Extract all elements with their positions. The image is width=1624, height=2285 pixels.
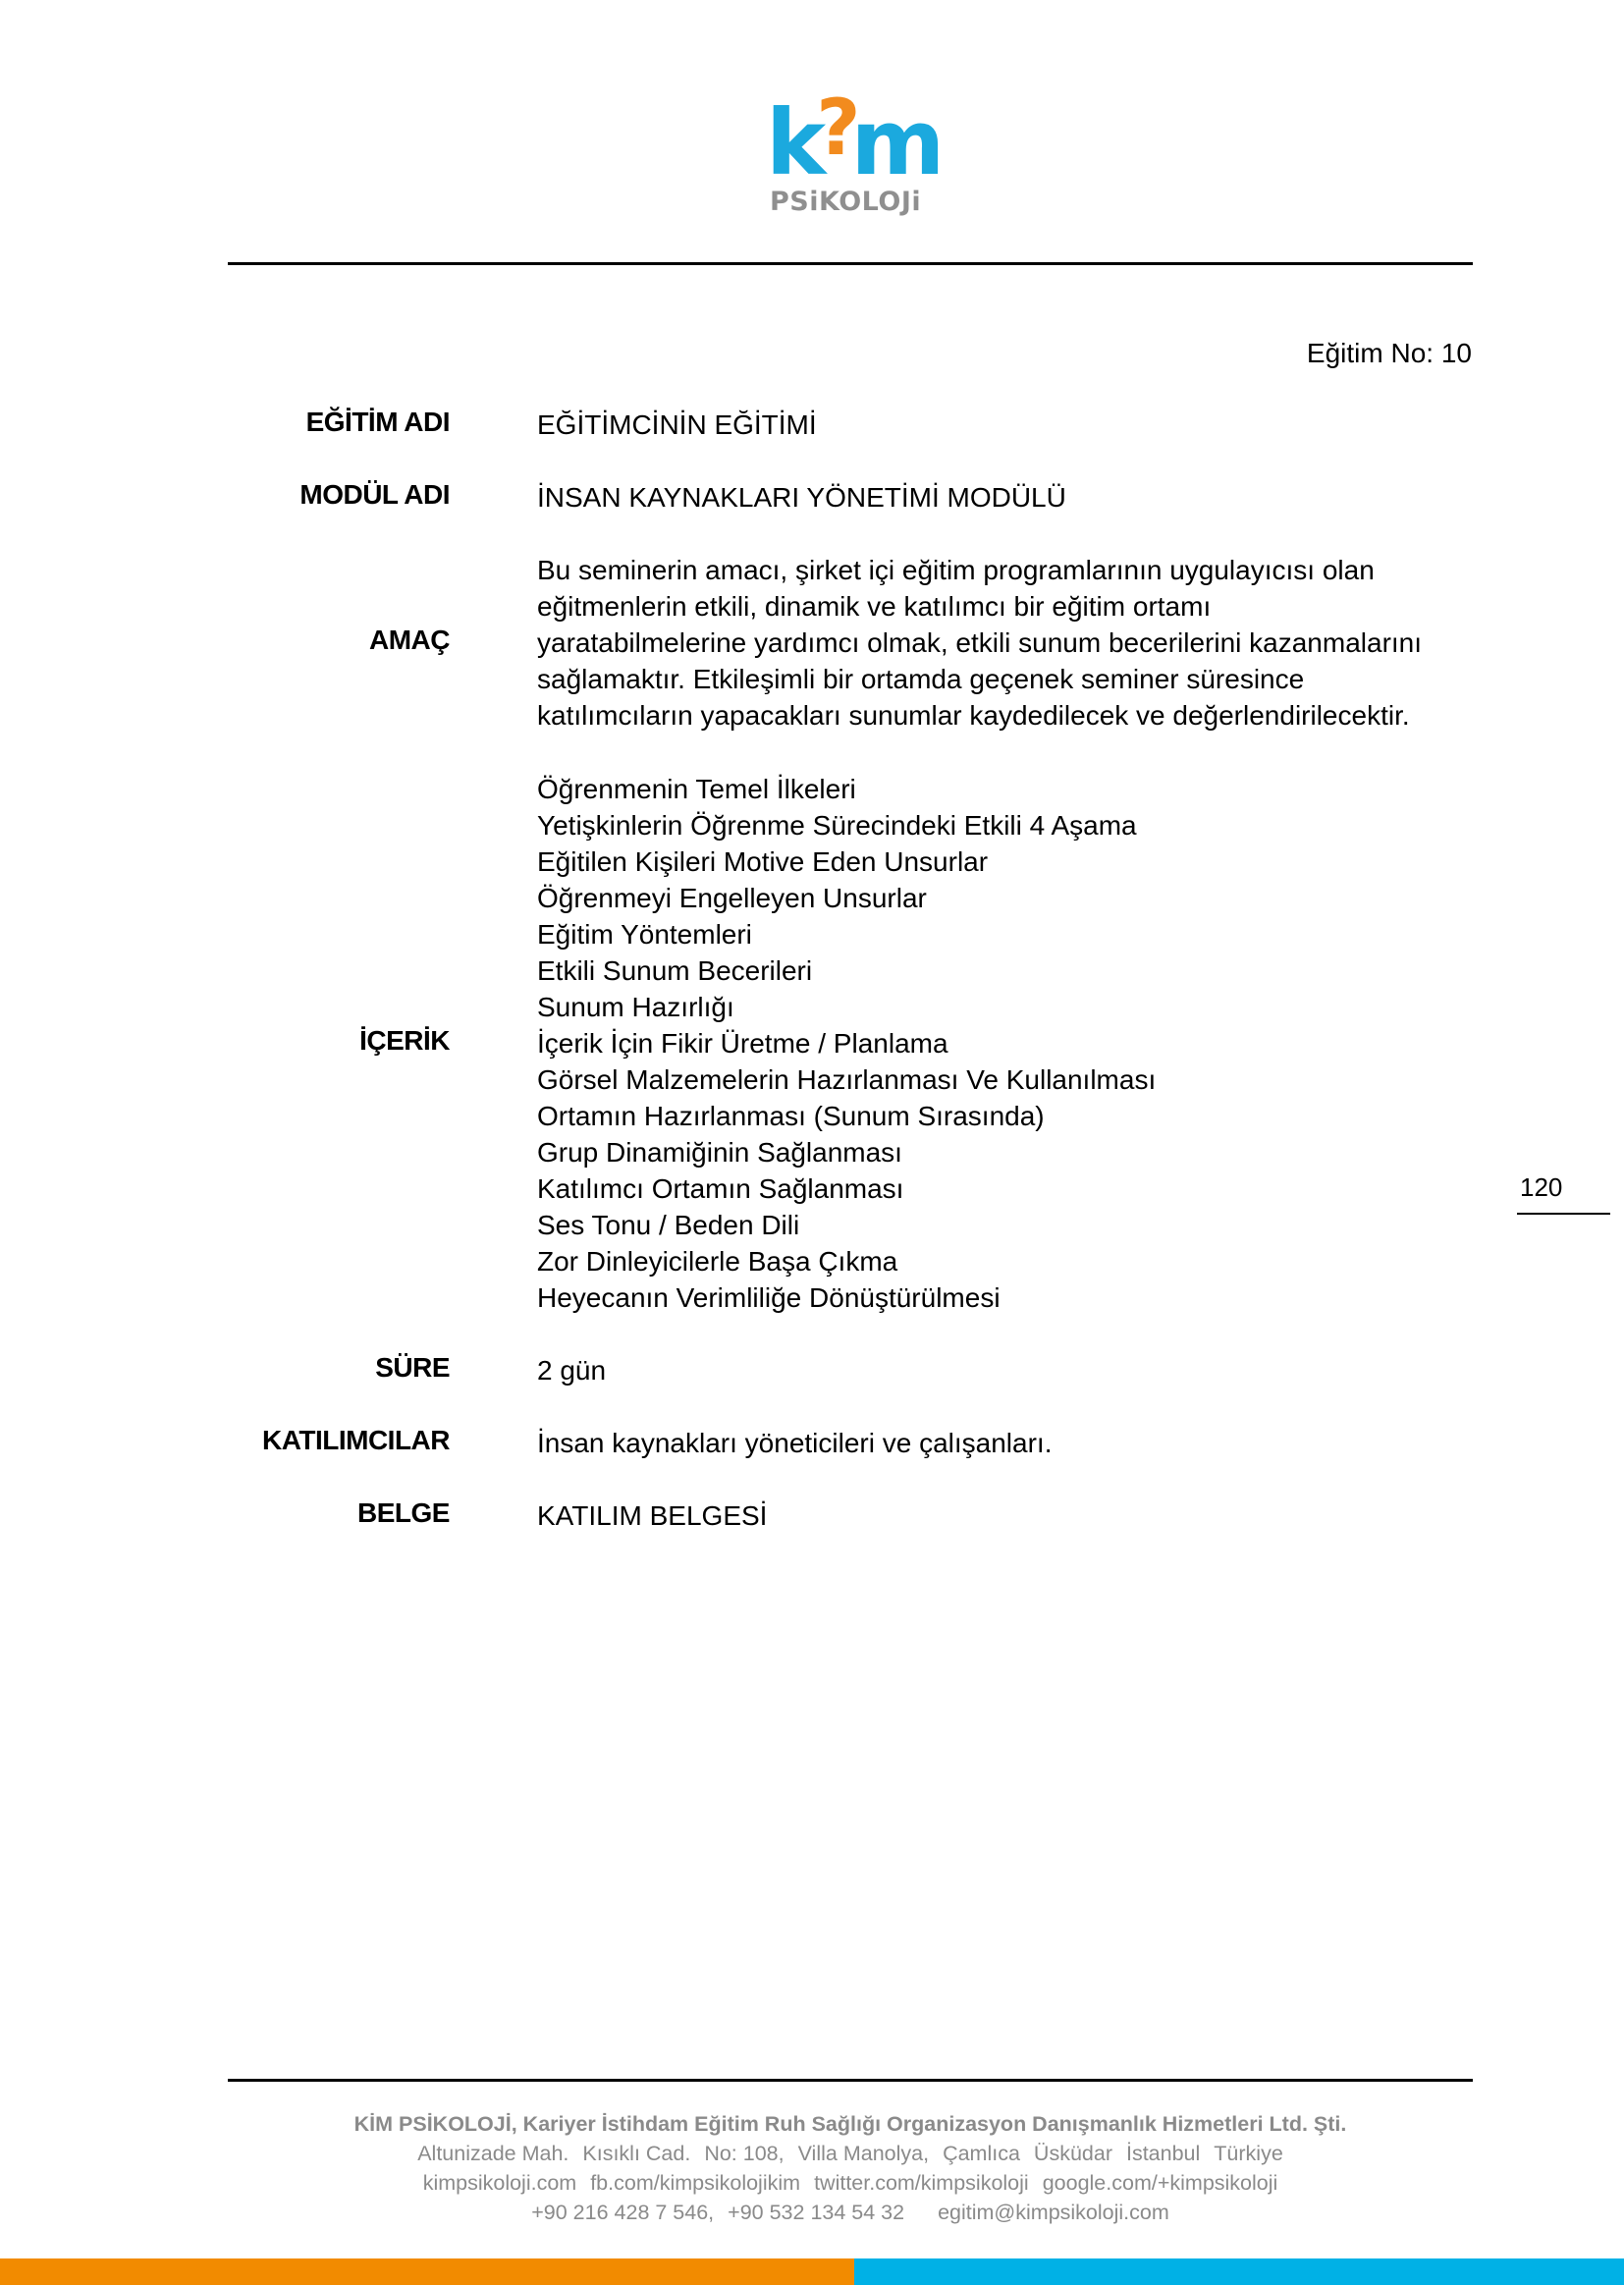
field-label: AMAÇ — [369, 625, 450, 656]
content-item: Heyecanın Verimliliğe Dönüştürülmesi — [537, 1279, 1440, 1316]
field-label: İÇERİK — [359, 1025, 450, 1057]
content-item: Öğrenmeyi Engelleyen Unsurlar — [537, 880, 1440, 916]
content-item: Zor Dinleyicilerle Başa Çıkma — [537, 1243, 1440, 1279]
content-item: Ses Tonu / Beden Dili — [537, 1207, 1440, 1243]
footer-link[interactable]: kimpsikoloji.com — [423, 2171, 577, 2195]
footer-company: KİM PSİKOLOJİ, Kariyer İstihdam Eğitim R… — [228, 2109, 1473, 2139]
field-label: KATILIMCILAR — [262, 1425, 450, 1456]
purpose-line: sağlamaktır. Etkileşimli bir ortamda geç… — [537, 661, 1440, 697]
field-value: KATILIM BELGESİ — [537, 1497, 1440, 1534]
field-label: MODÜL ADI — [299, 479, 450, 511]
header-divider — [228, 262, 1473, 265]
footer-link[interactable]: google.com/+kimpsikoloji — [1043, 2171, 1278, 2195]
footer-link[interactable]: twitter.com/kimpsikoloji — [814, 2171, 1029, 2195]
field-label: SÜRE — [375, 1352, 450, 1384]
content-item: İçerik İçin Fikir Üretme / Planlama — [537, 1025, 1440, 1061]
purpose-text: Bu seminerin amacı, şirket içi eğitim pr… — [537, 552, 1440, 734]
company-logo: k?m PSiKOLOJi — [766, 88, 943, 226]
footer-email-link[interactable]: egitim@kimpsikoloji.com — [938, 2201, 1169, 2224]
question-mark-icon: ? — [816, 84, 856, 173]
purpose-line: katılımcıların yapacakları sunumlar kayd… — [537, 697, 1440, 734]
address-part: İstanbul — [1126, 2142, 1200, 2165]
purpose-line: Bu seminerin amacı, şirket içi eğitim pr… — [537, 552, 1440, 588]
address-part: Kısıklı Cad. — [582, 2142, 690, 2165]
field-label: BELGE — [357, 1497, 450, 1529]
training-number: Eğitim No: 10 — [1307, 338, 1472, 369]
content-item: Görsel Malzemelerin Hazırlanması Ve Kull… — [537, 1061, 1440, 1098]
page-number-underline — [1517, 1213, 1610, 1215]
field-value: 2 gün — [537, 1352, 1440, 1388]
content-list: Öğrenmenin Temel İlkeleriYetişkinlerin Ö… — [537, 771, 1440, 1316]
content-item: Ortamın Hazırlanması (Sunum Sırasında) — [537, 1098, 1440, 1134]
footer: KİM PSİKOLOJİ, Kariyer İstihdam Eğitim R… — [228, 2109, 1473, 2227]
address-part: Çamlıca — [943, 2142, 1020, 2165]
footer-phones: +90 216 428 7 546,+90 532 134 54 32 — [531, 2201, 904, 2224]
content-item: Yetişkinlerin Öğrenme Sürecindeki Etkili… — [537, 807, 1440, 843]
content-item: Eğitilen Kişileri Motive Eden Unsurlar — [537, 843, 1440, 880]
content-item: Öğrenmenin Temel İlkeleri — [537, 771, 1440, 807]
footer-links: kimpsikoloji.comfb.com/kimpsikolojikimtw… — [228, 2168, 1473, 2198]
footer-link[interactable]: fb.com/kimpsikolojikim — [590, 2171, 800, 2195]
field-value: EĞİTİMCİNİN EĞİTİMİ — [537, 407, 1440, 443]
content-item: Eğitim Yöntemleri — [537, 916, 1440, 952]
logo-subtitle: PSiKOLOJi — [770, 187, 921, 217]
content-item: Katılımcı Ortamın Sağlanması — [537, 1170, 1440, 1207]
address-part: Türkiye — [1214, 2142, 1282, 2165]
footer-divider — [228, 2079, 1473, 2082]
field-value: İnsan kaynakları yöneticileri ve çalışan… — [537, 1425, 1440, 1461]
address-part: Altunizade Mah. — [417, 2142, 568, 2165]
footer-stripe-orange — [0, 2258, 854, 2285]
address-part: Villa Manolya, — [798, 2142, 929, 2165]
purpose-line: eğitmenlerin etkili, dinamik ve katılımc… — [537, 588, 1440, 625]
purpose-line: yaratabilmelerine yardımcı olmak, etkili… — [537, 625, 1440, 661]
page-number: 120 — [1520, 1172, 1562, 1203]
content-item: Etkili Sunum Becerileri — [537, 952, 1440, 989]
logo-wordmark: k?m — [766, 98, 941, 189]
field-label: EĞİTİM ADI — [306, 407, 450, 438]
address-part: No: 108, — [704, 2142, 784, 2165]
footer-stripe-cyan — [854, 2258, 1624, 2285]
content-item: Sunum Hazırlığı — [537, 989, 1440, 1025]
phone-number: +90 532 134 54 32 — [728, 2201, 904, 2224]
phone-number: +90 216 428 7 546, — [531, 2201, 714, 2224]
field-value: İNSAN KAYNAKLARI YÖNETİMİ MODÜLÜ — [537, 479, 1440, 516]
footer-contact: +90 216 428 7 546,+90 532 134 54 32 egit… — [228, 2198, 1473, 2227]
address-part: Üsküdar — [1034, 2142, 1112, 2165]
footer-address: Altunizade Mah.Kısıklı Cad.No: 108,Villa… — [228, 2139, 1473, 2168]
content-item: Grup Dinamiğinin Sağlanması — [537, 1134, 1440, 1170]
